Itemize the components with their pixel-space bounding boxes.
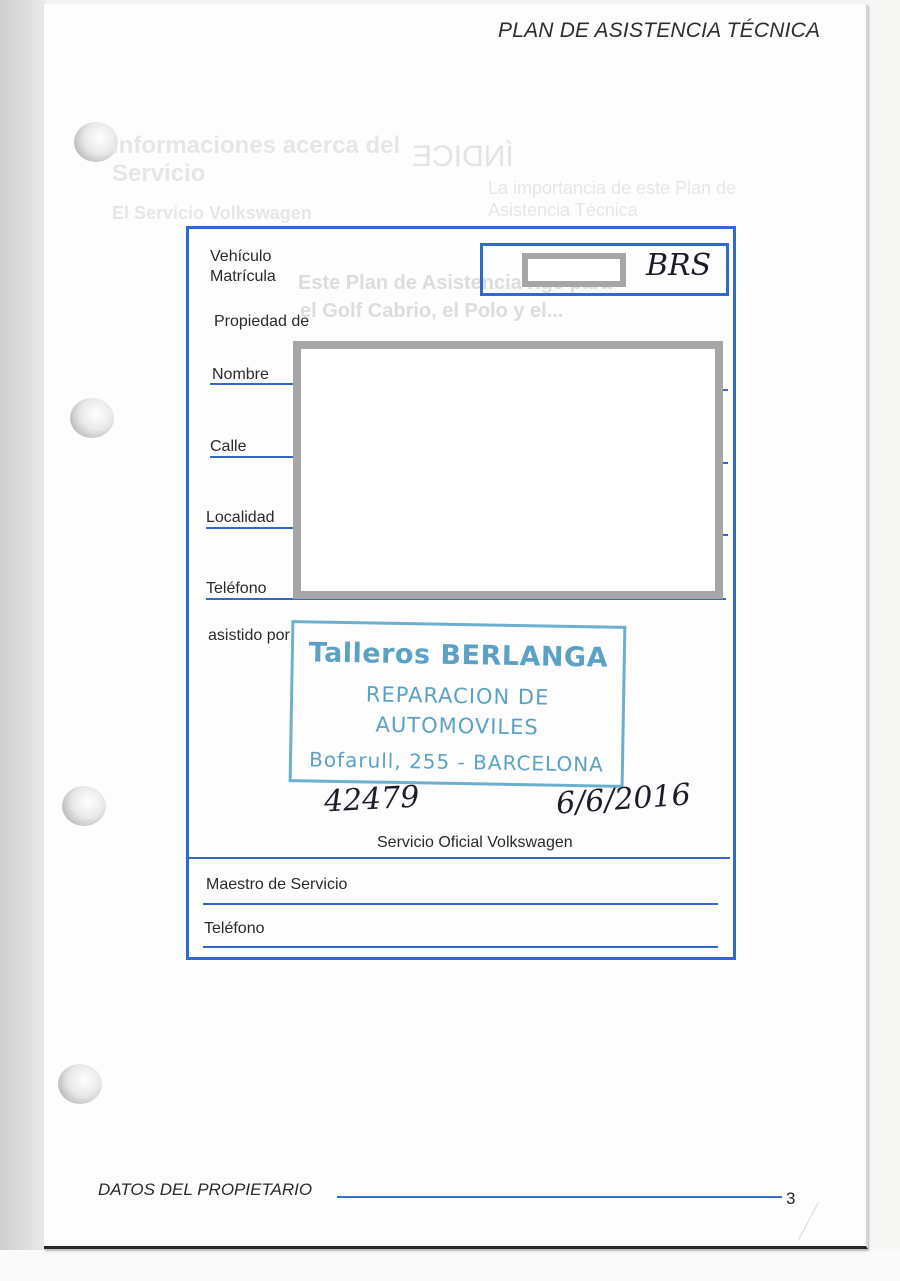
show-through-heading: La importancia de este Plan de <box>488 178 736 199</box>
footer-rule <box>337 1196 782 1198</box>
show-through-index-heading: ÍNDICE <box>412 140 514 174</box>
street-field-line[interactable] <box>210 456 296 458</box>
stamp-service-line: AUTOMOVILES <box>300 711 613 740</box>
street-label: Calle <box>210 438 246 456</box>
scan-left-margin <box>0 0 46 1281</box>
town-label: Localidad <box>206 509 275 527</box>
section-footer-title: DATOS DEL PROPIETARIO <box>98 1180 312 1200</box>
service-phone-field-line[interactable] <box>203 946 718 948</box>
phone-label: Teléfono <box>206 580 267 598</box>
plate-handwritten-letters: BRS <box>646 248 711 283</box>
service-master-field-line[interactable] <box>203 903 718 905</box>
dealer-stamp: Talleros BERLANGA REPARACION DE AUTOMOVI… <box>289 620 627 788</box>
scan-right-margin <box>866 0 900 1281</box>
stamp-address: Bofarull, 255 - BARCELONA <box>296 747 617 777</box>
show-through-subheading: El Servicio Volkswagen <box>112 203 312 224</box>
binder-hole-icon <box>58 1064 102 1104</box>
service-master-label: Maestro de Servicio <box>206 876 347 894</box>
dealer-caption: Servicio Oficial Volkswagen <box>377 834 573 852</box>
owner-label: Propiedad de <box>214 313 309 331</box>
page-header-title: PLAN DE ASISTENCIA TÉCNICA <box>498 19 820 43</box>
service-phone-label: Teléfono <box>204 920 265 938</box>
handwritten-number: 42479 <box>323 780 420 820</box>
binder-hole-icon <box>62 786 106 826</box>
plate-redaction <box>522 253 626 287</box>
show-through-heading: Asistencia Técnica <box>488 200 638 221</box>
name-label: Nombre <box>212 366 269 384</box>
show-through-heading: Informaciones acerca del <box>112 132 400 160</box>
show-through-heading: Servicio <box>112 160 205 188</box>
stamp-service-line: REPARACION DE <box>301 681 614 710</box>
dealer-divider <box>188 857 730 859</box>
name-field-line[interactable] <box>210 383 296 385</box>
page-number: 3 <box>786 1189 795 1209</box>
stamp-dealer-name: Talleros BERLANGA <box>302 637 615 673</box>
binder-hole-icon <box>70 398 114 438</box>
scan-bottom-margin <box>0 1250 900 1281</box>
vehicle-label: Vehículo <box>210 248 271 266</box>
town-field-line[interactable] <box>206 527 296 529</box>
assisted-by-label: asistido por <box>208 627 290 645</box>
plate-label: Matrícula <box>210 268 276 286</box>
owner-details-redaction <box>293 341 723 599</box>
